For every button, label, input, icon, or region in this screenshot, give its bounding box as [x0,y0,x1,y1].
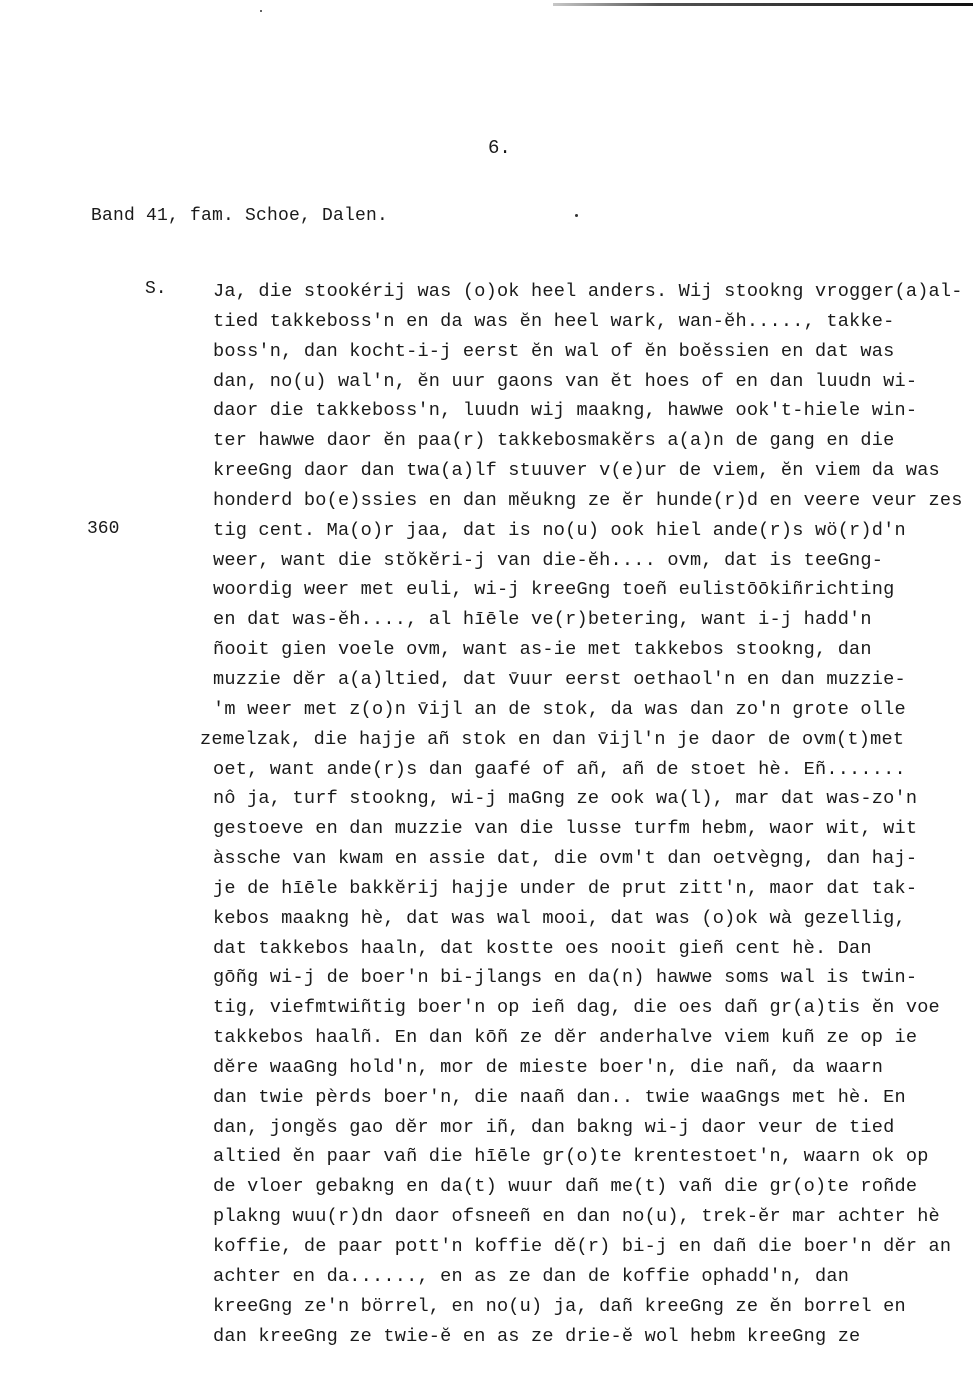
transcript-line: dan, no(u) wal'n, ĕn uur gaons van ĕt ho… [213,367,973,397]
transcript-line: tied takkeboss'n en da was ĕn heel wark,… [213,307,973,337]
transcript-line: plakng wuu(r)dn daor ofsneeñ en dan no(u… [213,1202,973,1232]
transcript-body: Ja, die stookérij was (o)ok heel anders.… [213,277,973,1351]
transcript-line: muzzie dĕr a(a)ltied, dat v̄uur eerst oe… [213,665,973,695]
document-header: Band 41, fam. Schoe, Dalen. [91,206,388,226]
transcript-line: 'm weer met z(o)n v̄ijl an de stok, da w… [213,695,973,725]
transcript-line: gōñg wi-j de boer'n bi-jlangs en da(n) h… [213,963,973,993]
transcript-line: zemelzak, die hajje añ stok en dan v̄ijl… [200,725,973,755]
transcript-line: àssche van kwam en assie dat, die ovm't … [213,844,973,874]
transcript-line: ñooit gien voele ovm, want as-ie met tak… [213,635,973,665]
transcript-line: takkebos haalñ. En dan kōñ ze dĕr anderh… [213,1023,973,1053]
transcript-line: tig cent. Ma(o)r jaa, dat is no(u) ook h… [213,516,973,546]
speck [575,214,578,217]
transcript-line: kreeGng daor dan twa(a)lf stuuver v(e)ur… [213,456,973,486]
transcript-line: de vloer gebakng en da(t) wuur dañ me(t)… [213,1172,973,1202]
transcript-line: ter hawwe daor ĕn paa(r) takkebosmakĕrs … [213,426,973,456]
transcript-line: je de hīēle bakkĕrij hajje under de prut… [213,874,973,904]
transcript-line: honderd bo(e)ssies en dan mĕukng ze ĕr h… [213,486,973,516]
transcript-line: altied ĕn paar vañ die hīēle gr(o)te kre… [213,1142,973,1172]
transcript-line: en dat was-ĕh...., al hīēle ve(r)beterin… [213,605,973,635]
speaker-label: S. [145,279,167,299]
scan-edge-line [553,3,973,6]
transcript-line: boss'n, dan kocht-i-j eerst ĕn wal of ĕn… [213,337,973,367]
transcript-line: dat takkebos haaln, dat kostte oes nooit… [213,934,973,964]
transcript-line: woordig weer met euli, wi-j kreeGng toeñ… [213,575,973,605]
transcript-line: dan twie pèrds boer'n, die naañ dan.. tw… [213,1083,973,1113]
transcript-line: kebos maakng hè, dat was wal mooi, dat w… [213,904,973,934]
transcript-line: koffie, de paar pott'n koffie dĕ(r) bi-j… [213,1232,973,1262]
transcript-line: achter en da......, en as ze dan de koff… [213,1262,973,1292]
transcript-line: tig, viefmtwiñtig boer'n op ieñ dag, die… [213,993,973,1023]
transcript-line: oet, want ande(r)s dan gaafé of añ, añ d… [213,755,973,785]
transcript-line: dĕre waaGng hold'n, mor de mieste boer'n… [213,1053,973,1083]
transcript-line: kreeGng ze'n börrel, en no(u) ja, dañ kr… [213,1292,973,1322]
page-number: 6. [488,137,511,159]
transcript-line: dan, jongĕs gao dĕr mor iñ, dan bakng wi… [213,1113,973,1143]
transcript-line: gestoeve en dan muzzie van die lusse tur… [213,814,973,844]
transcript-line: nô ja, turf stookng, wi-j maGng ze ook w… [213,784,973,814]
transcript-line: weer, want die stŏkĕri-j van die-ĕh.... … [213,546,973,576]
transcript-line: dan kreeGng ze twie-ĕ en as ze drie-ĕ wo… [213,1322,973,1352]
transcript-line: daor die takkeboss'n, luudn wij maakng, … [213,396,973,426]
margin-line-number: 360 [87,519,119,539]
speck [260,10,262,12]
transcript-line: Ja, die stookérij was (o)ok heel anders.… [213,277,973,307]
